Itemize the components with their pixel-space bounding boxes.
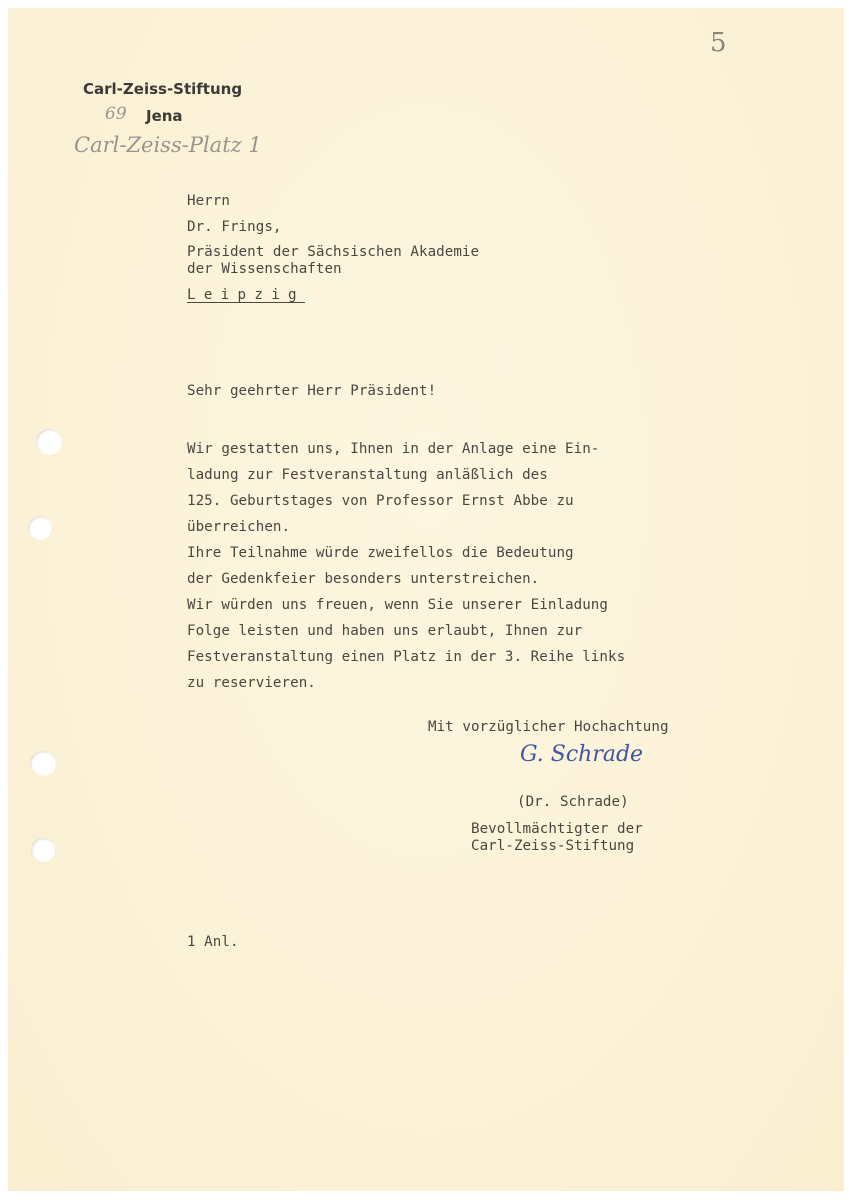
body-line: zu reservieren. xyxy=(187,675,316,691)
body-line: ladung zur Festveranstaltung anläßlich d… xyxy=(187,467,548,483)
page-number: 5 xyxy=(710,28,727,58)
signatory-role-line1: Bevollmächtigter der xyxy=(471,821,643,837)
body-line: Folge leisten und haben uns erlaubt, Ihn… xyxy=(187,623,582,639)
letterhead-city: Jena xyxy=(146,107,183,125)
body-line: der Gedenkfeier besonders unterstreichen… xyxy=(187,571,539,587)
body-line: Wir würden uns freuen, wenn Sie unserer … xyxy=(187,597,608,613)
signatory-role-line2: Carl-Zeiss-Stiftung xyxy=(471,838,634,854)
letterhead-street-handwritten: Carl-Zeiss-Platz 1 xyxy=(74,133,262,157)
letterhead-postcode-handwritten: 69 xyxy=(105,104,127,124)
handwritten-signature: G. Schrade xyxy=(520,742,643,767)
punch-hole xyxy=(28,516,52,540)
body-line: überreichen. xyxy=(187,519,290,535)
body-line: Wir gestatten uns, Ihnen in der Anlage e… xyxy=(187,441,599,457)
body-line: Festveranstaltung einen Platz in der 3. … xyxy=(187,649,625,665)
signatory-name: (Dr. Schrade) xyxy=(517,794,629,810)
recipient-city: Leipzig xyxy=(187,287,305,303)
recipient-name: Dr. Frings, xyxy=(187,219,282,235)
closing: Mit vorzüglicher Hochachtung xyxy=(428,719,669,735)
recipient-title-line1: Präsident der Sächsischen Akademie xyxy=(187,244,479,260)
body-line: 125. Geburtstages von Professor Ernst Ab… xyxy=(187,493,574,509)
punch-hole xyxy=(31,838,55,862)
greeting: Sehr geehrter Herr Präsident! xyxy=(187,383,436,399)
body-line: Ihre Teilnahme würde zweifellos die Bede… xyxy=(187,545,574,561)
letterhead-organization: Carl-Zeiss-Stiftung xyxy=(83,80,242,98)
recipient-title-line2: der Wissenschaften xyxy=(187,261,342,277)
punch-hole xyxy=(36,429,62,455)
punch-hole xyxy=(30,751,56,776)
enclosure-note: 1 Anl. xyxy=(187,934,239,950)
recipient-salutation: Herrn xyxy=(187,193,230,209)
